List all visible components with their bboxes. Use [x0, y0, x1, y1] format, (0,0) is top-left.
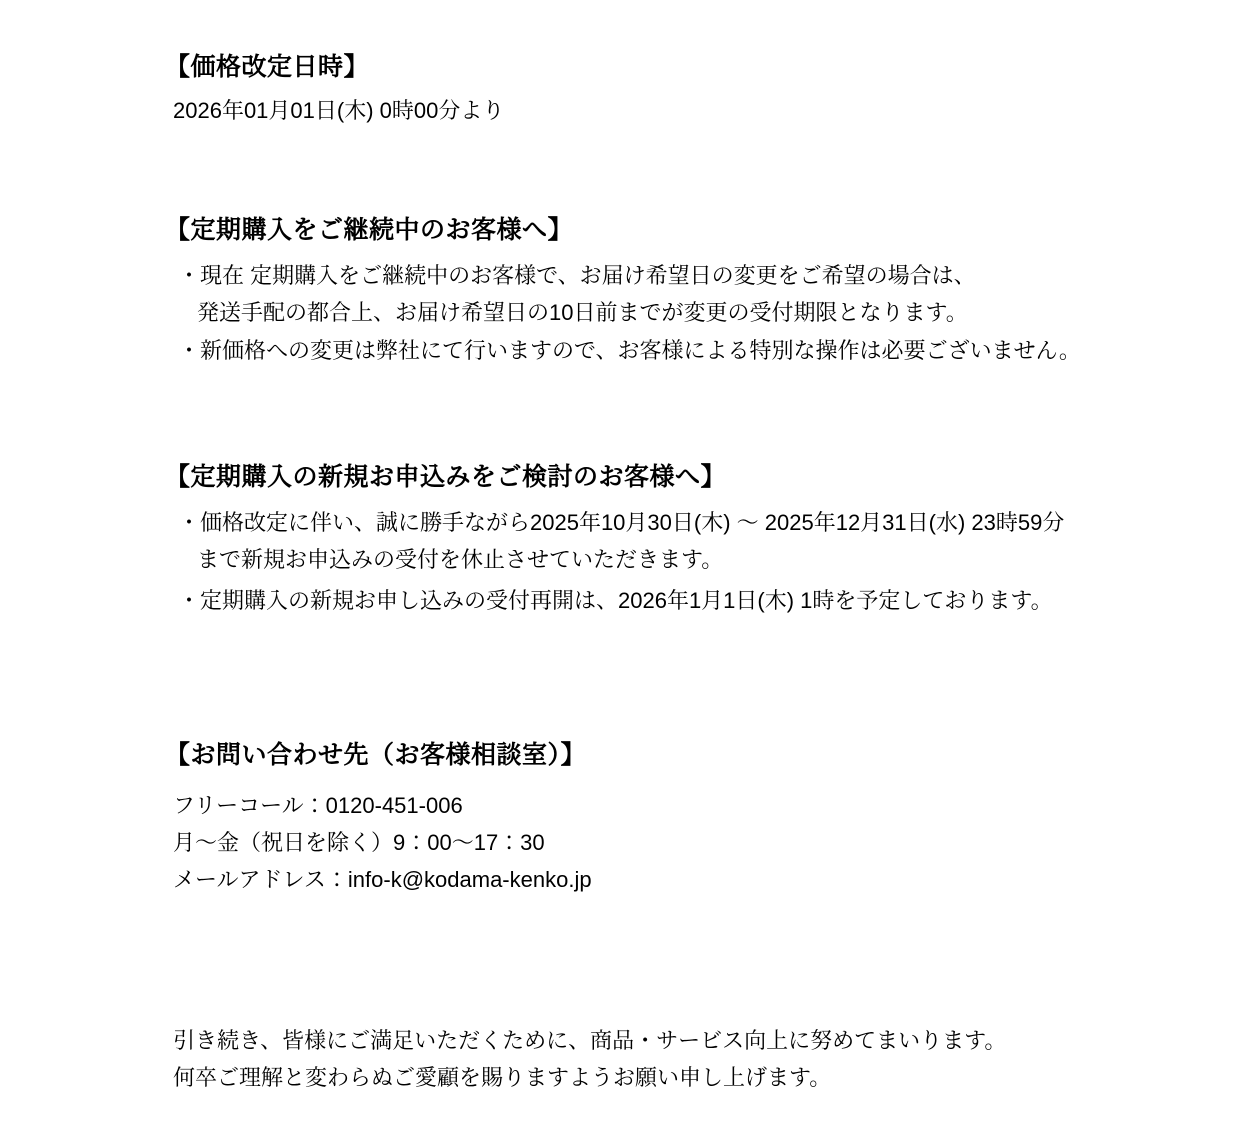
section-heading-current-subscribers: 【定期購入をご継続中のお客様へ】: [165, 213, 1242, 248]
current-subscribers-bullet-1-line-2: 発送手配の都合上、お届け希望日の10日前までが変更の受付期限となります。: [197, 294, 1242, 331]
closing-line-2: 何卒ご理解と変わらぬご愛顧を賜りますようお願い申し上げます。: [173, 1059, 1242, 1096]
contact-free-call-line: フリーコール：0120-451-006: [173, 787, 1242, 824]
section-heading-new-applicants: 【定期購入の新規お申込みをご検討のお客様へ】: [165, 460, 1242, 495]
price-revision-datetime: 2026年01月01日(木) 0時00分より: [173, 92, 1242, 129]
section-heading-contact: 【お問い合わせ先（お客様相談室）】: [165, 738, 1242, 773]
current-subscribers-bullet-1-line-1: ・現在 定期購入をご継続中のお客様で、お届け希望日の変更をご希望の場合は、: [178, 257, 1242, 294]
new-applicants-bullet-2: ・定期購入の新規お申し込みの受付再開は、2026年1月1日(木) 1時を予定して…: [178, 582, 1242, 619]
current-subscribers-bullet-2: ・新価格への変更は弊社にて行いますので、お客様による特別な操作は必要ございません…: [178, 332, 1242, 369]
contact-email-line: メールアドレス：info-k@kodama-kenko.jp: [173, 861, 1242, 898]
section-heading-price-revision-date: 【価格改定日時】: [165, 50, 1242, 85]
closing-line-1: 引き続き、皆様にご満足いただくために、商品・サービス向上に努めてまいります。: [173, 1022, 1242, 1059]
price-revision-notice-document: 【価格改定日時】 2026年01月01日(木) 0時00分より 【定期購入をご継…: [0, 0, 1242, 1096]
new-applicants-bullet-1-line-1: ・価格改定に伴い、誠に勝手ながら2025年10月30日(木) ～ 2025年12…: [178, 504, 1242, 541]
new-applicants-bullet-1-line-2: まで新規お申込みの受付を休止させていただきます。: [197, 541, 1242, 578]
contact-business-hours-line: 月～金（祝日を除く）9：00～17：30: [173, 824, 1242, 861]
